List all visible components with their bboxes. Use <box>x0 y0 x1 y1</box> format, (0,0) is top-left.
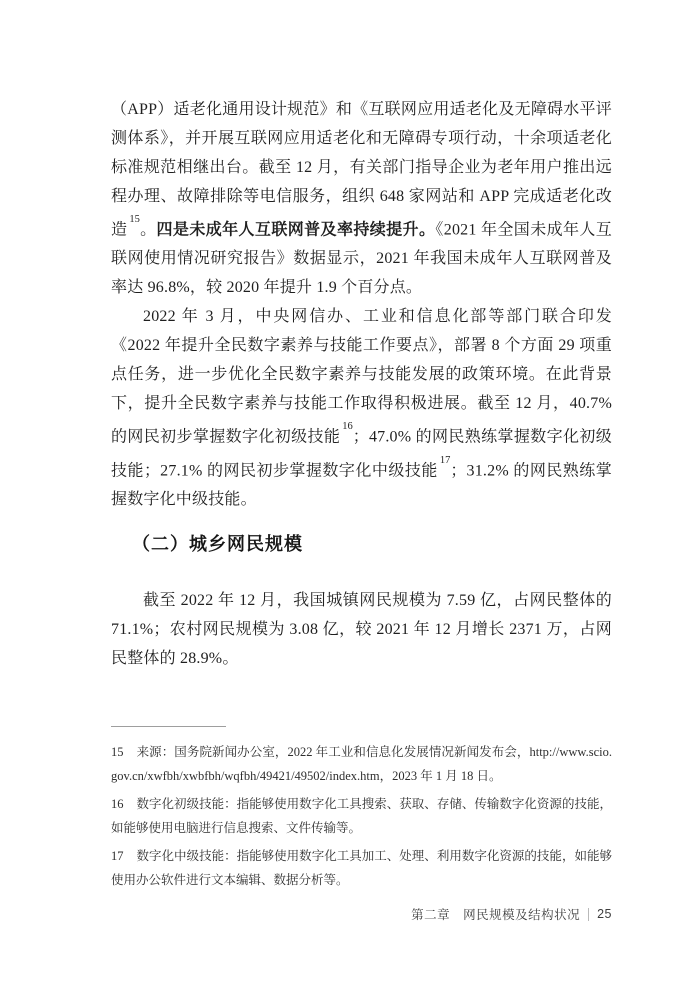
page-body: （APP）适老化通用设计规范》和《互联网应用适老化及无障碍水平评测体系》，并开展… <box>111 95 612 673</box>
footnote-text-run: 来源：国务院新闻办公室，2022 年工业和信息化发展情况新闻发布会， <box>137 745 530 759</box>
footnote-text-run: ，2023 年 1 月 18 日。 <box>380 769 502 783</box>
footnote-ref-16: 16 <box>342 421 353 432</box>
footnote-separator-rule <box>111 726 226 727</box>
bold-sentence-minors-internet: 四是未成年人互联网普及率持续提升。 <box>157 221 436 238</box>
footer-divider <box>588 908 589 921</box>
footnote-number: 16 <box>111 797 124 811</box>
footnote-number: 15 <box>111 745 124 759</box>
footer-page-number: 25 <box>597 907 612 921</box>
paragraph-elderly-accessibility: （APP）适老化通用设计规范》和《互联网应用适老化及无障碍水平评测体系》，并开展… <box>111 95 612 302</box>
paragraph-digital-literacy: 2022 年 3 月，中央网信办、工业和信息化部等部门联合印发《2022 年提升… <box>111 302 612 514</box>
page-footer: 第二章 网民规模及结构状况 25 <box>411 905 612 923</box>
footnote-ref-15: 15 <box>129 214 140 225</box>
section-heading-urban-rural-netizens: （二）城乡网民规模 <box>111 531 612 557</box>
paragraph-urban-rural-stats: 截至 2022 年 12 月，我国城镇网民规模为 7.59 亿，占网民整体的 7… <box>111 586 612 673</box>
paragraph-text-run: 。 <box>140 221 157 238</box>
paragraph-text-run: （APP）适老化通用设计规范》和《互联网应用适老化及无障碍水平评测体系》，并开展… <box>111 101 612 238</box>
footnote-15: 15来源：国务院新闻办公室，2022 年工业和信息化发展情况新闻发布会，http… <box>111 740 612 788</box>
footnotes-section: 15来源：国务院新闻办公室，2022 年工业和信息化发展情况新闻发布会，http… <box>111 726 612 896</box>
footnote-number: 17 <box>111 849 124 863</box>
footnote-text-run: 数字化初级技能：指能够使用数字化工具搜索、获取、存储、传输数字化资源的技能，如能… <box>111 797 612 835</box>
report-page: （APP）适老化通用设计规范》和《互联网应用适老化及无障碍水平评测体系》，并开展… <box>0 0 695 982</box>
footnote-text-run: 数字化中级技能：指能够使用数字化工具加工、处理、利用数字化资源的技能，如能够使用… <box>111 849 612 887</box>
footnote-17: 17数字化中级技能：指能够使用数字化工具加工、处理、利用数字化资源的技能，如能够… <box>111 844 612 892</box>
footer-chapter-title: 第二章 网民规模及结构状况 <box>411 905 580 923</box>
footnote-ref-17: 17 <box>440 455 451 466</box>
paragraph-text-run: 2022 年 3 月，中央网信办、工业和信息化部等部门联合印发《2022 年提升… <box>111 308 612 445</box>
footnote-16: 16数字化初级技能：指能够使用数字化工具搜索、获取、存储、传输数字化资源的技能，… <box>111 792 612 840</box>
